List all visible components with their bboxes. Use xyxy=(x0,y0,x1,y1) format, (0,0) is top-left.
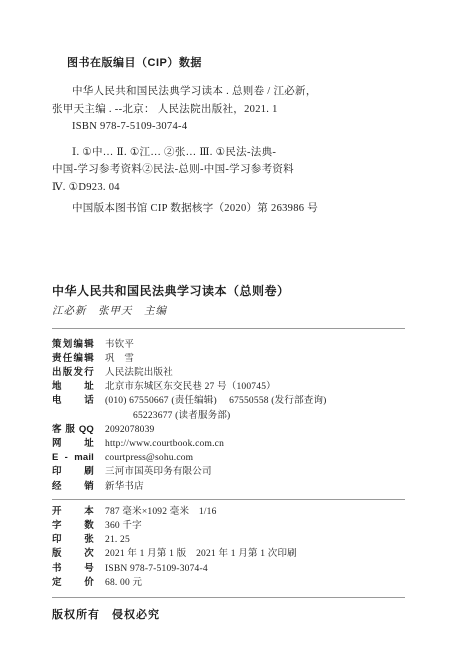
cip-class-line3: Ⅳ. ①D923. 04 xyxy=(52,179,405,197)
detail-value: (010) 67550667 (责任编辑) 67550558 (发行部查询) xyxy=(105,394,327,408)
detail-value: courtpress@sohu.com xyxy=(105,451,193,465)
detail-row: 版 次 2021 年 1 月第 1 版 2021 年 1 月第 1 次印刷 xyxy=(52,547,405,561)
publication-details-group-2: 开 本 787 毫米×1092 毫米 1/16 字 数 360 千字 印 张 2… xyxy=(52,505,405,590)
detail-value: http://www.courtbook.com.cn xyxy=(105,437,224,451)
detail-value: 新华书店 xyxy=(105,480,144,494)
detail-label: 开 本 xyxy=(52,505,94,519)
detail-row: 印 刷 三河市国英印务有限公司 xyxy=(52,465,405,479)
cip-catalog-line1: 中华人民共和国民法典学习读本 . 总则卷 / 江必新， xyxy=(52,83,405,101)
detail-label: 责任编辑 xyxy=(52,352,94,366)
detail-row: 书 号 ISBN 978-7-5109-3074-4 xyxy=(52,562,405,576)
detail-value: 北京市东城区东交民巷 27 号（100745） xyxy=(105,380,276,394)
detail-row: 责任编辑 巩 雪 xyxy=(52,352,405,366)
detail-value: 2021 年 1 月第 1 版 2021 年 1 月第 1 次印刷 xyxy=(105,547,297,561)
detail-row: 印 张 21. 25 xyxy=(52,533,405,547)
detail-value: ISBN 978-7-5109-3074-4 xyxy=(105,562,208,576)
title-block: 中华人民共和国民法典学习读本（总则卷） 江必新 张甲天 主编 xyxy=(52,284,405,319)
detail-value: 65223677 (读者服务部) xyxy=(133,409,230,423)
detail-label: 客 服 QQ xyxy=(52,423,94,437)
detail-row: 地 址 北京市东城区东交民巷 27 号（100745） xyxy=(52,380,405,394)
detail-label: 定 价 xyxy=(52,576,94,590)
detail-value: 68. 00 元 xyxy=(105,576,142,590)
cip-heading: 图书在版编目（CIP）数据 xyxy=(67,56,405,70)
copyright-notice: 版权所有 侵权必究 xyxy=(52,608,405,622)
book-authors: 江必新 张甲天 主编 xyxy=(52,305,405,319)
detail-value: 360 千字 xyxy=(105,519,142,533)
detail-label: 印 刷 xyxy=(52,465,94,479)
detail-value: 2092078039 xyxy=(105,423,155,437)
detail-label: 网 址 xyxy=(52,437,94,451)
publication-details-group-1: 策划编辑 韦钦平 责任编辑 巩 雪 出版发行 人民法院出版社 地 址 北京市东城… xyxy=(52,338,405,494)
detail-row: 出版发行 人民法院出版社 xyxy=(52,366,405,380)
detail-row: 客 服 QQ 2092078039 xyxy=(52,423,405,437)
detail-value: 人民法院出版社 xyxy=(105,366,173,380)
cip-block: 图书在版编目（CIP）数据 中华人民共和国民法典学习读本 . 总则卷 / 江必新… xyxy=(52,56,405,218)
divider-middle xyxy=(52,499,405,500)
detail-row: 定 价 68. 00 元 xyxy=(52,576,405,590)
detail-label: 经 销 xyxy=(52,480,94,494)
detail-value: 787 毫米×1092 毫米 1/16 xyxy=(105,505,217,519)
divider-top xyxy=(52,328,405,329)
detail-label: 出版发行 xyxy=(52,366,94,380)
detail-row: 65223677 (读者服务部) xyxy=(52,409,405,423)
detail-label: 书 号 xyxy=(52,562,94,576)
cip-isbn: ISBN 978-7-5109-3074-4 xyxy=(52,118,405,136)
detail-row: E - mail courtpress@sohu.com xyxy=(52,451,405,465)
detail-row: 策划编辑 韦钦平 xyxy=(52,338,405,352)
copyright-page: 图书在版编目（CIP）数据 中华人民共和国民法典学习读本 . 总则卷 / 江必新… xyxy=(0,0,454,652)
cip-class-line1: Ⅰ. ①中… Ⅱ. ①江… ②张… Ⅲ. ①民法-法典- xyxy=(52,144,405,162)
detail-row: 电 话 (010) 67550667 (责任编辑) 67550558 (发行部查… xyxy=(52,394,405,408)
book-title: 中华人民共和国民法典学习读本（总则卷） xyxy=(52,284,405,299)
detail-label: 电 话 xyxy=(52,394,94,408)
cip-class-line2: 中国-学习参考资料②民法-总则-中国-学习参考资料 xyxy=(52,161,405,179)
detail-row: 开 本 787 毫米×1092 毫米 1/16 xyxy=(52,505,405,519)
cip-catalog-line2: 张甲天主编 . --北京： 人民法院出版社，2021. 1 xyxy=(52,101,405,119)
detail-value: 韦钦平 xyxy=(105,338,134,352)
detail-value: 21. 25 xyxy=(105,533,130,547)
detail-label: 策划编辑 xyxy=(52,338,94,352)
detail-label: 地 址 xyxy=(52,380,94,394)
detail-row: 字 数 360 千字 xyxy=(52,519,405,533)
detail-label: 版 次 xyxy=(52,547,94,561)
detail-label: E - mail xyxy=(52,451,94,465)
detail-value: 三河市国英印务有限公司 xyxy=(105,465,212,479)
detail-label: 印 张 xyxy=(52,533,94,547)
detail-label: 字 数 xyxy=(52,519,94,533)
detail-row: 网 址 http://www.courtbook.com.cn xyxy=(52,437,405,451)
detail-value: 巩 雪 xyxy=(105,352,134,366)
detail-row: 经 销 新华书店 xyxy=(52,480,405,494)
cip-record-number: 中国版本图书馆 CIP 数据核字（2020）第 263986 号 xyxy=(52,200,405,218)
divider-bottom xyxy=(52,597,405,598)
